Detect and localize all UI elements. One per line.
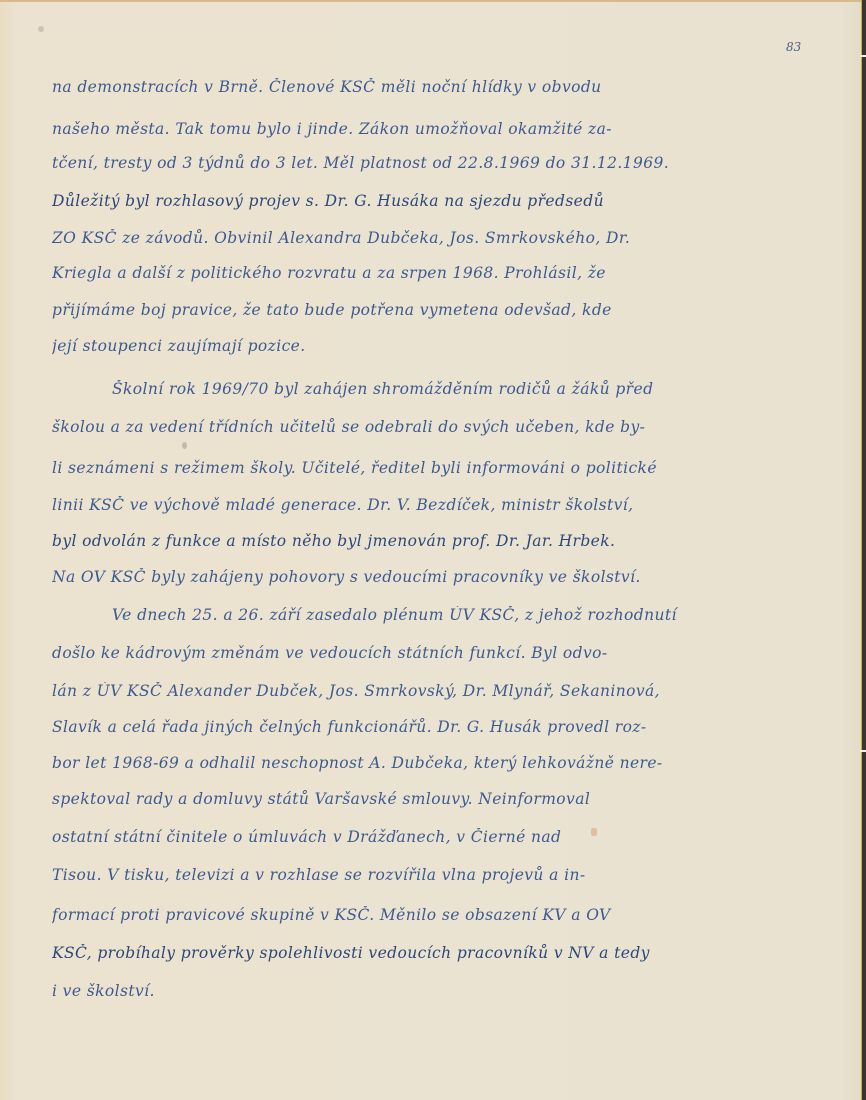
page-number: 83 — [786, 40, 801, 54]
text-line: KSČ, probíhaly prověrky spolehlivosti ve… — [52, 944, 782, 962]
document-page: 83 na demonstracích v Brně. Členové KSČ … — [0, 0, 861, 1100]
text-line: došlo ke kádrovým změnám ve vedoucích st… — [52, 644, 782, 662]
text-line: Na OV KSČ byly zahájeny pohovory s vedou… — [52, 568, 782, 586]
text-line: ZO KSČ ze závodů. Obvinil Alexandra Dubč… — [52, 229, 782, 247]
paragraph-start-line: Ve dnech 25. a 26. září zasedalo plénum … — [112, 606, 782, 624]
text-line: Důležitý byl rozhlasový projev s. Dr. G.… — [52, 192, 782, 210]
paragraph-start-line: Školní rok 1969/70 byl zahájen shromáždě… — [112, 380, 782, 398]
ink-spot — [38, 26, 44, 32]
text-line: ostatní státní činitele o úmluvách v Drá… — [52, 828, 782, 846]
page-edge-tab — [860, 55, 866, 57]
text-line: byl odvolán z funkce a místo něho byl jm… — [52, 532, 782, 550]
text-line: i ve školství. — [52, 982, 782, 1000]
text-line: našeho města. Tak tomu bylo i jinde. Zák… — [52, 120, 782, 138]
text-line: školou a za vedení třídních učitelů se o… — [52, 418, 782, 436]
text-line: Kriegla a další z politického rozvratu a… — [52, 264, 782, 282]
text-line: lán z ÚV KSČ Alexander Dubček, Jos. Smrk… — [52, 682, 782, 700]
text-line: její stoupenci zaujímají pozice. — [52, 337, 782, 355]
ink-spot — [182, 442, 187, 449]
text-line: přijímáme boj pravice, že tato bude potř… — [52, 301, 782, 319]
text-line: bor let 1968-69 a odhalil neschopnost A.… — [52, 754, 782, 772]
text-line: na demonstracích v Brně. Členové KSČ měl… — [52, 78, 782, 96]
text-line: tčení, tresty od 3 týdnů do 3 let. Měl p… — [52, 154, 782, 172]
text-line: Tisou. V tisku, televizi a v rozhlase se… — [52, 866, 782, 884]
text-line: li seznámeni s režimem školy. Učitelé, ř… — [52, 459, 782, 477]
text-line: formací proti pravicové skupině v KSČ. M… — [52, 906, 782, 924]
page-edge-binding — [861, 0, 866, 1100]
text-line: linii KSČ ve výchově mladé generace. Dr.… — [52, 496, 782, 514]
page-edge-tab — [860, 750, 866, 752]
text-line: Slavík a celá řada jiných čelných funkci… — [52, 718, 782, 736]
text-line: spektoval rady a domluvy států Varšavské… — [52, 790, 782, 808]
